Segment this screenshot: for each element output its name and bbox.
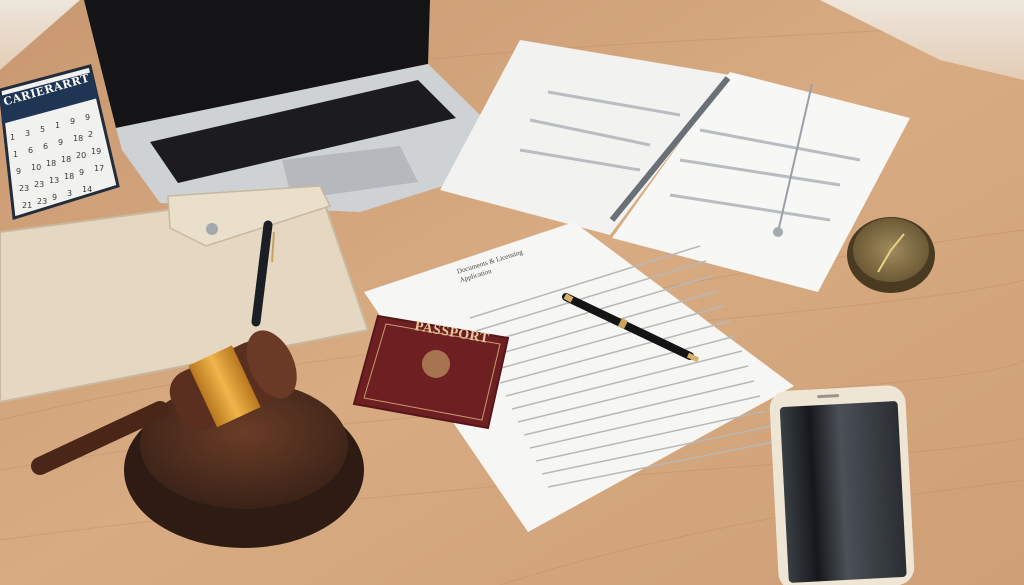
calendar-day: 1: [55, 121, 60, 130]
calendar-day: 9: [16, 167, 21, 176]
calendar-day: 23: [34, 180, 44, 189]
scene-illustration: 1351991669182910181820192323131891721239…: [0, 0, 1024, 585]
calendar-day: 1: [10, 133, 15, 142]
calendar-day: 20: [76, 151, 86, 160]
calendar-day: 10: [31, 163, 41, 172]
calendar-day: 6: [28, 146, 33, 155]
calendar-day: 17: [94, 164, 104, 173]
passport-emblem: [422, 350, 450, 378]
calendar-day: 3: [25, 129, 30, 138]
phone-screen: [780, 401, 907, 583]
calendar-day: 14: [82, 185, 92, 194]
calendar-day: 1: [13, 150, 18, 159]
calendar-day: 18: [64, 172, 74, 181]
calendar-day: 5: [40, 125, 45, 134]
calendar-day: 18: [73, 134, 83, 143]
calendar-day: 9: [79, 168, 84, 177]
smartphone: [769, 385, 915, 585]
calendar-day: 19: [91, 147, 101, 156]
calendar-day: 23: [19, 184, 29, 193]
calendar-day: 3: [67, 189, 72, 198]
calendar-day: 18: [46, 159, 56, 168]
desk-clock: [847, 217, 935, 293]
calendar-day: 13: [49, 176, 59, 185]
calendar-day: 23: [37, 197, 47, 206]
calendar-day: 9: [52, 193, 57, 202]
calendar-day: 6: [43, 142, 48, 151]
calendar-day: 9: [58, 138, 63, 147]
calendar-day: 9: [85, 113, 90, 122]
calendar-day: 18: [61, 155, 71, 164]
calendar-day: 2: [88, 130, 93, 139]
folder-snap-button: [206, 223, 218, 235]
desk-scene: 1351991669182910181820192323131891721239…: [0, 0, 1024, 585]
calendar-day: 9: [70, 117, 75, 126]
calendar-day: 21: [22, 201, 32, 210]
